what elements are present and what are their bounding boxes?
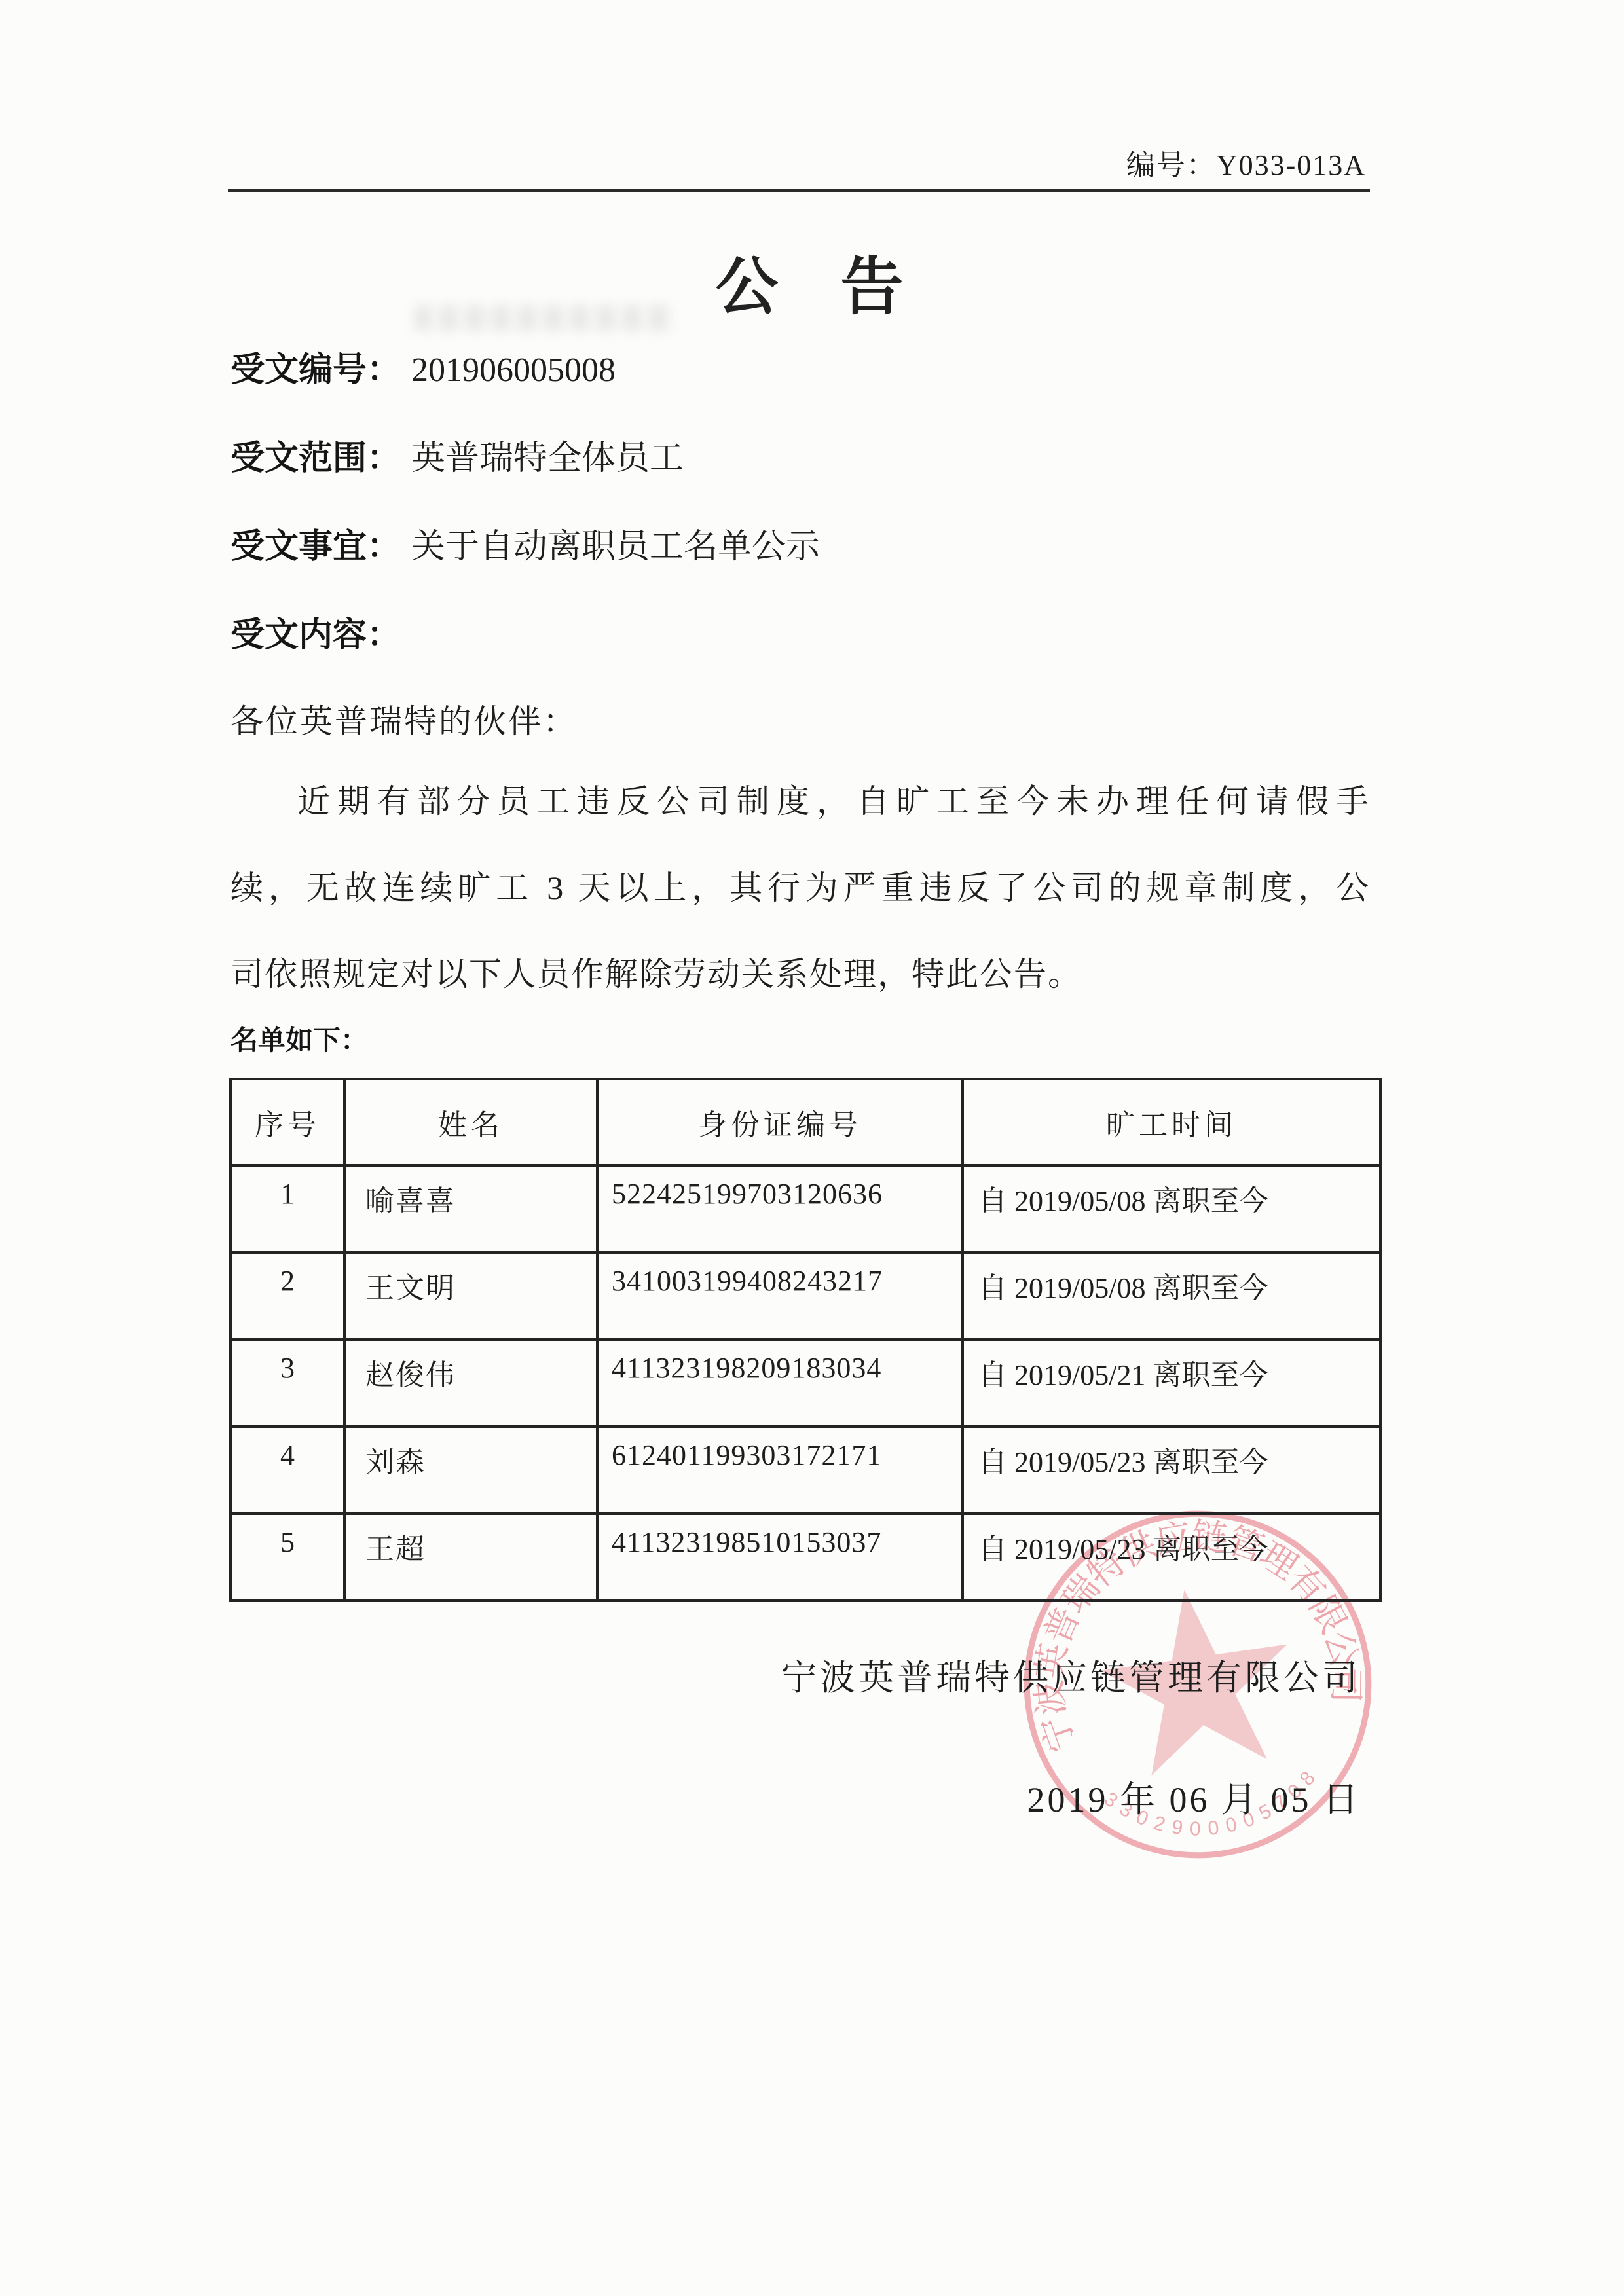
cell-absence-time: 自 2019/05/21 离职至今 (963, 1339, 1380, 1427)
field-row: 受文内容： (231, 607, 820, 695)
cell-id-number: 612401199303172171 (597, 1427, 963, 1514)
cell-id-number: 411323198209183034 (597, 1339, 963, 1427)
field-label: 受文事宜： (231, 528, 401, 566)
table-row: 1喻喜喜522425199703120636自 2019/05/08 离职至今 (231, 1165, 1380, 1252)
list-intro: 名单如下： (231, 1019, 368, 1058)
cell-index: 4 (231, 1427, 344, 1514)
field-label: 受文编号： (231, 351, 401, 389)
cell-index: 2 (231, 1252, 344, 1339)
table-row: 3赵俊伟411323198209183034自 2019/05/21 离职至今 (231, 1339, 1380, 1427)
table-header-row: 序号姓名身份证编号旷工时间 (231, 1079, 1380, 1165)
page-title: 公 告 (0, 237, 1624, 327)
cell-absence-time: 自 2019/05/08 离职至今 (963, 1165, 1380, 1252)
salutation: 各位英普瑞特的伙伴： (231, 695, 578, 742)
table-row: 2王文明341003199408243217自 2019/05/08 离职至今 (231, 1252, 1380, 1339)
announcement-document-page: 编号：Y033-013A 公 告 受文编号：201906005008受文范围：英… (0, 0, 1624, 2296)
field-label: 受文范围： (231, 439, 401, 477)
field-row: 受文范围：英普瑞特全体员工 (231, 430, 820, 519)
body-line: 司依照规定对以下人员作解除劳动关系处理，特此公告。 (231, 931, 1370, 1017)
table-header-cell: 序号 (231, 1079, 344, 1165)
doc-number: 编号：Y033-013A (1126, 141, 1366, 183)
field-value: 201906005008 (411, 352, 616, 389)
cell-name: 王文明 (344, 1252, 597, 1339)
table-header-cell: 姓名 (344, 1079, 597, 1165)
cell-absence-time: 自 2019/05/08 离职至今 (963, 1252, 1380, 1339)
field-row: 受文编号：201906005008 (231, 342, 820, 430)
cell-id-number: 411323198510153037 (597, 1514, 963, 1601)
scan-bleed-artifact (414, 305, 676, 331)
table-header-cell: 旷工时间 (963, 1079, 1380, 1165)
cell-name: 喻喜喜 (344, 1165, 597, 1252)
field-value: 关于自动离职员工名单公示 (411, 528, 820, 566)
table-header-cell: 身份证编号 (597, 1079, 963, 1165)
header-rule (228, 189, 1370, 192)
field-value: 英普瑞特全体员工 (411, 440, 684, 477)
field-row: 受文事宜：关于自动离职员工名单公示 (231, 519, 820, 607)
cell-name: 刘森 (344, 1427, 597, 1514)
field-label: 受文内容： (231, 616, 401, 654)
table-row: 5王超411323198510153037自 2019/05/23 离职至今 (231, 1514, 1380, 1601)
cell-absence-time: 自 2019/05/23 离职至今 (963, 1514, 1380, 1601)
body-paragraph: 近期有部分员工违反公司制度，自旷工至今未办理任何请假手续，无故连续旷工 3 天以… (231, 758, 1370, 1017)
cell-name: 王超 (344, 1514, 597, 1601)
cell-index: 3 (231, 1339, 344, 1427)
cell-absence-time: 自 2019/05/23 离职至今 (963, 1427, 1380, 1514)
cell-id-number: 341003199408243217 (597, 1252, 963, 1339)
table-row: 4刘森612401199303172171自 2019/05/23 离职至今 (231, 1427, 1380, 1514)
cell-index: 5 (231, 1514, 344, 1601)
cell-id-number: 522425199703120636 (597, 1165, 963, 1252)
cell-name: 赵俊伟 (344, 1339, 597, 1427)
body-line: 续，无故连续旷工 3 天以上，其行为严重违反了公司的规章制度，公 (231, 845, 1370, 931)
signature-date: 2019 年 06 月 05 日 (781, 1777, 1361, 1823)
header-fields: 受文编号：201906005008受文范围：英普瑞特全体员工受文事宜：关于自动离… (231, 342, 820, 695)
signature-block: 宁波英普瑞特供应链管理有限公司 2019 年 06 月 05 日 (781, 1655, 1361, 1823)
signature-company-name: 宁波英普瑞特供应链管理有限公司 (781, 1655, 1361, 1701)
dismissed-employees-table: 序号姓名身份证编号旷工时间 1喻喜喜522425199703120636自 20… (229, 1078, 1382, 1602)
body-line: 近期有部分员工违反公司制度，自旷工至今未办理任何请假手 (231, 758, 1370, 845)
cell-index: 1 (231, 1165, 344, 1252)
